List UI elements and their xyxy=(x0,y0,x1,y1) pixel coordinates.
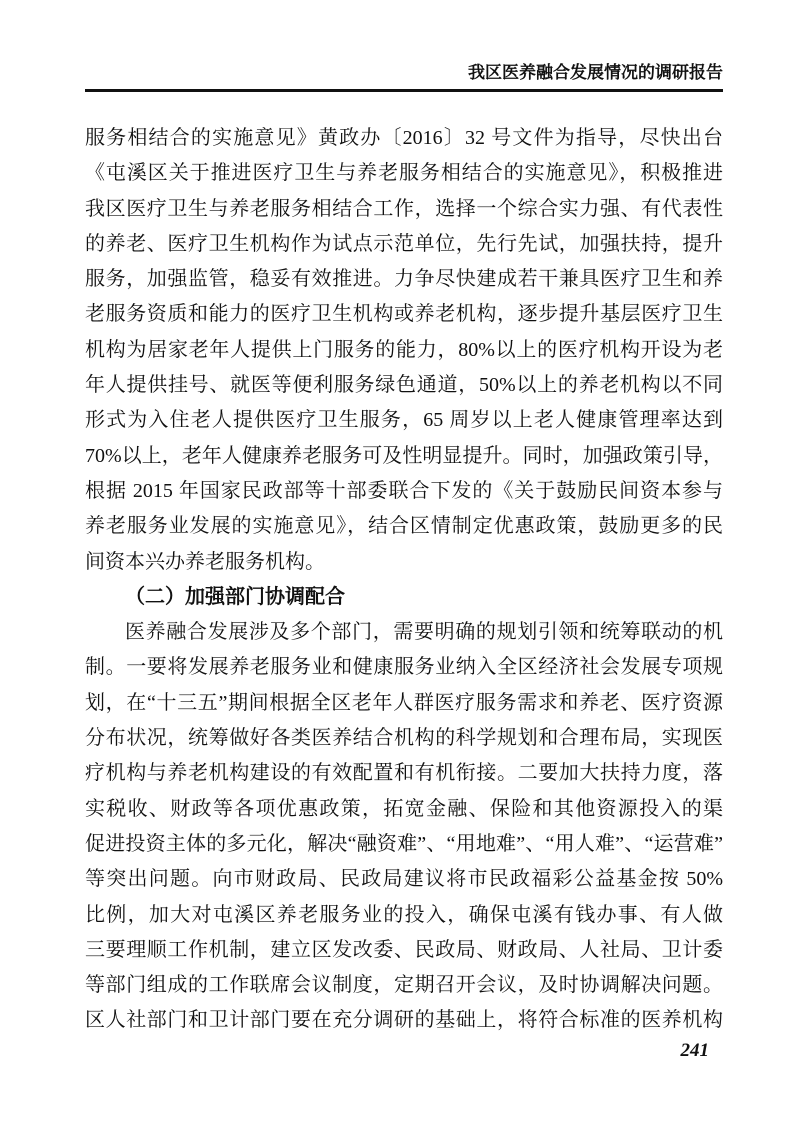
text-line: 疗机构与养老机构建设的有效配置和有机衔接。二要加大扶持力度，落 xyxy=(85,756,723,791)
text-line: 老服务资质和能力的医疗卫生机构或养老机构，逐步提升基层医疗卫生 xyxy=(85,297,723,332)
text-line: 根据 2015 年国家民政部等十部委联合下发的《关于鼓励民间资本参与 xyxy=(85,474,723,509)
text-line: 间资本兴办养老服务机构。 xyxy=(85,545,723,580)
section-heading: （二）加强部门协调配合 xyxy=(85,580,723,615)
text-line: 实税收、财政等各项优惠政策，拓宽金融、保险和其他资源投入的渠道， xyxy=(85,792,723,827)
page-number: 241 xyxy=(681,1040,710,1062)
text-line: 制。一要将发展养老服务业和健康服务业纳入全区经济社会发展专项规 xyxy=(85,650,723,685)
text-line: 服务，加强监管，稳妥有效推进。力争尽快建成若干兼具医疗卫生和养 xyxy=(85,262,723,297)
header-rule xyxy=(85,89,723,92)
text-line: 我区医疗卫生与养老服务相结合工作，选择一个综合实力强、有代表性 xyxy=(85,192,723,227)
text-line: 等部门组成的工作联席会议制度，定期召开会议，及时协调解决问题。 xyxy=(85,968,723,1003)
text-line: 促进投资主体的多元化，解决“融资难”、“用地难”、“用人难”、“运营难” xyxy=(85,827,723,862)
text-line: 区人社部门和卫计部门要在充分调研的基础上，将符合标准的医养机构 xyxy=(85,1003,723,1038)
text-line: 分布状况，统筹做好各类医养结合机构的科学规划和合理布局，实现医 xyxy=(85,721,723,756)
document-body: 服务相结合的实施意见》黄政办〔2016〕32 号文件为指导，尽快出台《屯溪区关于… xyxy=(85,121,723,1039)
text-line: 医养融合发展涉及多个部门，需要明确的规划引领和统筹联动的机 xyxy=(85,615,723,650)
text-line: 养老服务业发展的实施意见》，结合区情制定优惠政策，鼓励更多的民 xyxy=(85,509,723,544)
text-line: 划，在“十三五”期间根据全区老年人群医疗服务需求和养老、医疗资源 xyxy=(85,686,723,721)
text-line: 的养老、医疗卫生机构作为试点示范单位，先行先试，加强扶持，提升 xyxy=(85,227,723,262)
text-line: 等突出问题。向市财政局、民政局建议将市民政福彩公益基金按 50% xyxy=(85,862,723,897)
text-line: 70%以上，老年人健康养老服务可及性明显提升。同时，加强政策引导， xyxy=(85,439,723,474)
document-page: 我区医养融合发展情况的调研报告 服务相结合的实施意见》黄政办〔2016〕32 号… xyxy=(0,0,803,1133)
text-line: 《屯溪区关于推进医疗卫生与养老服务相结合的实施意见》，积极推进 xyxy=(85,156,723,191)
text-line: 年人提供挂号、就医等便利服务绿色通道，50%以上的养老机构以不同 xyxy=(85,368,723,403)
page-header: 我区医养融合发展情况的调研报告 xyxy=(85,62,723,92)
text-line: 服务相结合的实施意见》黄政办〔2016〕32 号文件为指导，尽快出台 xyxy=(85,121,723,156)
running-header-title: 我区医养融合发展情况的调研报告 xyxy=(85,62,723,84)
text-line: 机构为居家老年人提供上门服务的能力，80%以上的医疗机构开设为老 xyxy=(85,333,723,368)
text-line: 比例，加大对屯溪区养老服务业的投入，确保屯溪有钱办事、有人做事。 xyxy=(85,898,723,933)
text-line: 三要理顺工作机制，建立区发改委、民政局、财政局、人社局、卫计委 xyxy=(85,933,723,968)
text-line: 形式为入住老人提供医疗卫生服务，65 周岁以上老人健康管理率达到 xyxy=(85,403,723,438)
